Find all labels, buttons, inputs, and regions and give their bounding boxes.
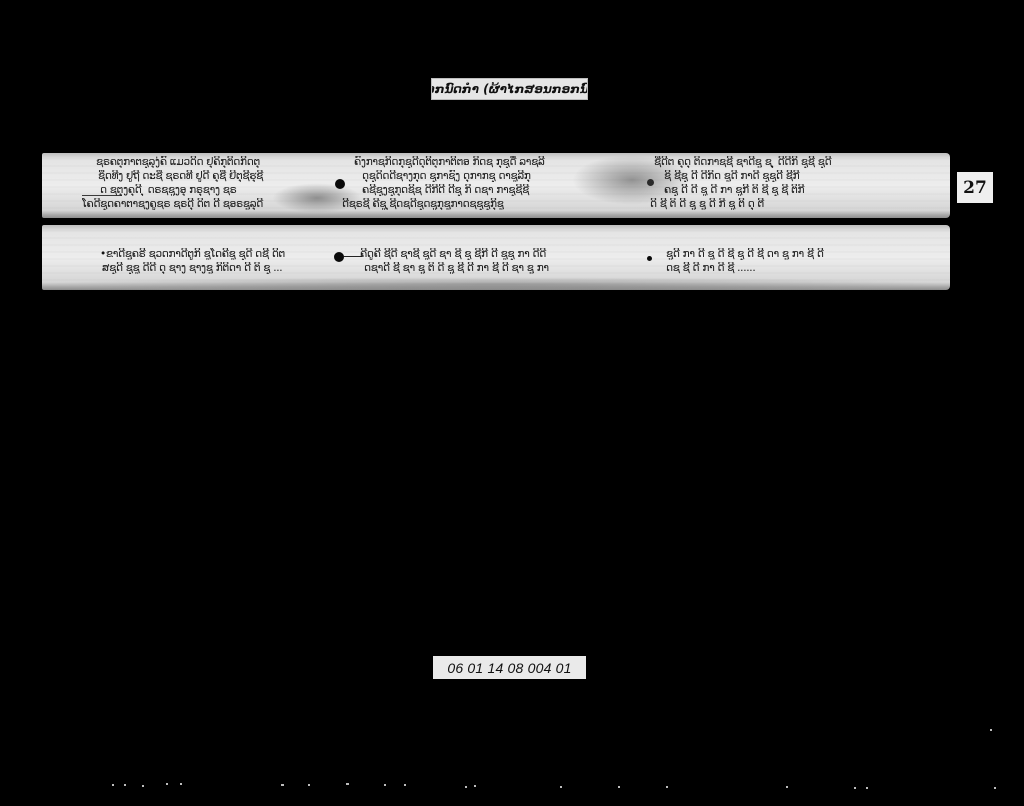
binding-hole xyxy=(647,256,652,261)
script-line: ຊຣຄຕຸກາຕຊຸລຸງ່ຄົ ແມວດິດ ຢຸຄິກຸຕິດກິດຕຸ xyxy=(96,156,340,168)
script-line: ຄົງກາຊກິດກຸຊຸດີດຸຕິຕຸກາຕິຕອ ກິດຊ ກຸຊຸດໍີ… xyxy=(354,156,644,168)
page-number-label: 27 xyxy=(957,172,993,203)
noise-speck xyxy=(994,787,996,789)
noise-speck xyxy=(281,784,284,786)
script-line: ດຸຊຸດິດດີຊາງກຸດ ຊຸກາຊົງ ດຸກາກຊຸ ດາຊູລີກຸ xyxy=(362,170,624,182)
script-line: ຄີດູຄີ ຊີດີ ຊາຊີ ຊູດີ ຊາ ຊີ ຊຸ ຊີກີ ດີ ຊ… xyxy=(360,248,630,260)
script-line: ດຊາດີ ຊີ ຊາ ຊູ ຕິ ດີ ຊູ ຊີ ດີ ກາ ຊີ ດີ ຊ… xyxy=(364,262,632,274)
noise-speck xyxy=(618,786,620,788)
script-line: ໂຄດີຊຸດຄາຕາຊງຄູຊຣ ຊຣດີຸ ດິຕ ດີ ຊອຣຊູລຸດີ xyxy=(82,198,344,210)
binding-hole xyxy=(647,179,654,186)
script-line: ດ ຊຕຸງຄຸດີ ຸ ດຣຊຊູງອຸ ກຣຸຊາງ ຊຣ xyxy=(100,184,310,196)
script-line: ຄຊຸ ດີ ດີ ຊູ ດີ ກາ ຊູກີ ຕິ ຊີ ຊຸ ຊີ ຕິກີ xyxy=(664,184,878,196)
leaf-stain xyxy=(42,277,950,290)
noise-speck xyxy=(142,785,144,787)
noise-speck xyxy=(666,786,668,788)
binding-hole xyxy=(334,252,344,262)
catalogue-id-text: 06 01 14 08 004 01 xyxy=(447,660,571,676)
catalogue-title-text: ກອກນົດກໍາ (ຜ້າໄກສອນກອກນົດ) xyxy=(431,82,588,96)
script-line: ດຊ ຊີ ດີ ກາ ດີ ຊີ ...... xyxy=(666,262,816,274)
script-line: ສຊຸດີ ຊຸຊູ ດີດີ ດຸ ຊາງ ຊາງຊູ ກິຕິດາ ດີ ຕ… xyxy=(102,262,328,274)
script-line: •ຂາດີຊູຄຣີ ຊວດກາດີຕູກິ ຊູໂດຄີຊູ ຊຸດີ ດຊີ… xyxy=(100,248,332,260)
script-line: ຊູດີ ກາ ດີ ຊູ ດີ ຊີ ຊຸ ດີ ຊີ ດາ ຊູ ກາ ຊີ… xyxy=(666,248,876,260)
noise-speck xyxy=(112,784,114,786)
noise-speck xyxy=(404,784,406,786)
noise-speck xyxy=(990,729,992,731)
noise-speck xyxy=(124,784,126,786)
noise-speck xyxy=(308,784,310,786)
page-number-text: 27 xyxy=(963,178,987,198)
script-line: ດິ ຊີ ຕິ ດີ ຊູ ຊູ ດີ ກີ ຊູ ຕິ ດຸ ຕີ xyxy=(650,198,884,210)
noise-speck xyxy=(166,783,168,785)
noise-speck xyxy=(854,787,856,789)
noise-speck xyxy=(866,787,868,789)
noise-speck xyxy=(384,784,386,786)
noise-speck xyxy=(180,783,182,785)
noise-speck xyxy=(474,785,476,787)
catalogue-title-label: ກອກນົດກໍາ (ຜ້າໄກສອນກອກນົດ) xyxy=(431,78,588,100)
script-line: ຄຊີຊຸງຊຸກຸດຊິຊ ດີກີດີ ດີຊຸ ກິ ດຊາ ກາຊຸຊີ… xyxy=(362,184,632,196)
noise-speck xyxy=(786,786,788,788)
script-line: ດີຊຣຊີ ຄີຊູ ຸຊີດຊດີຊຸດຊູກຸຊູກາດຊຊຸຊຸກິຸຊ… xyxy=(342,198,647,210)
palm-leaf-manuscript-1: ຊຣຄຕຸກາຕຊຸລຸງ່ຄົ ແມວດິດ ຢຸຄິກຸຕິດກິດຕຸ ຊ… xyxy=(42,153,950,218)
noise-speck xyxy=(346,783,349,785)
palm-leaf-manuscript-2: •ຂາດີຊູຄຣີ ຊວດກາດີຕູກິ ຊູໂດຄີຊູ ຊຸດີ ດຊີ… xyxy=(42,225,950,290)
noise-speck xyxy=(465,786,467,788)
script-line: ຊຶດທີງ ຢູຖີ ດະຊື ຊຣດທີ ຢູດີ ຄຸຊື ຍີຕຸຊີຮ… xyxy=(98,170,318,182)
catalogue-id-label: 06 01 14 08 004 01 xyxy=(433,656,586,679)
script-line: ຊີ່ດີຕ ຄຸດຸ ຕິດກາຊຊີ ຊາດີຊູ ຊ ຸຸ ດີດີກິ … xyxy=(654,156,886,168)
script-line: ຊິ ຊີຊຸ ດີ ດີກິດ ຊູດີ ກາດີ ຊຸຊຸດີ ຊີກີ xyxy=(664,170,880,182)
noise-speck xyxy=(560,786,562,788)
binding-hole xyxy=(335,179,345,189)
